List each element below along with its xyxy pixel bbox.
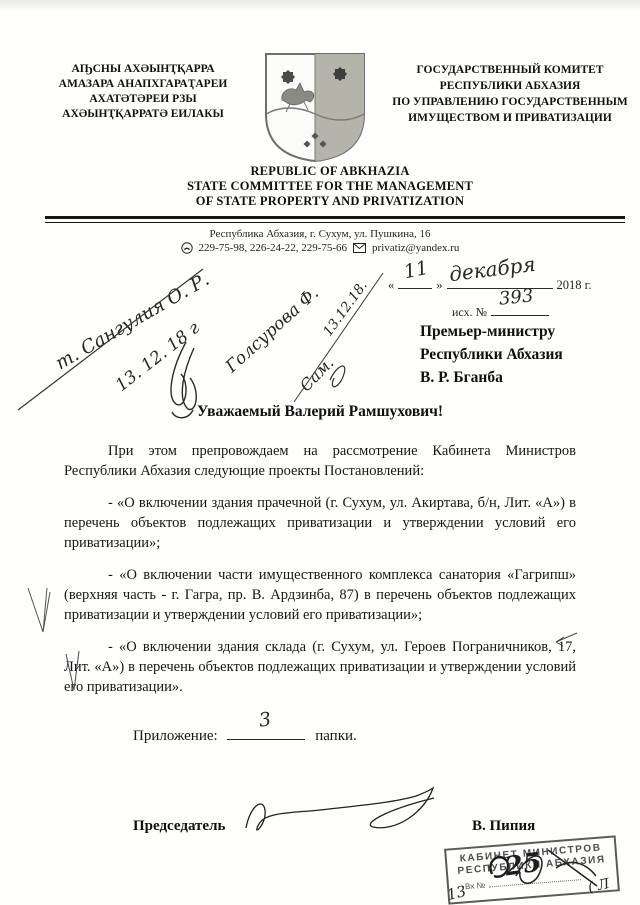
body-item-3: - «О включении здания склада (г. Сухум, … xyxy=(64,637,576,697)
stamp-entry-number-handwritten: 25 xyxy=(503,848,543,883)
emblem-star-left xyxy=(281,70,295,84)
letterhead-russian-line: ИМУЩЕСТВОМ И ПРИВАТИЗАЦИИ xyxy=(382,110,638,126)
signer-role: Председатель xyxy=(133,818,225,835)
recipient-region: Республики Абхазия xyxy=(420,343,563,366)
letterhead-divider-rule xyxy=(45,216,625,223)
letterhead-abkhaz-line: АХАТӘТӘРЕИ РЗЫ xyxy=(28,92,258,107)
letterhead-address: Республика Абхазия, г. Сухум, ул. Пушкин… xyxy=(100,228,540,240)
stamp-entry-label: Вх № xyxy=(465,881,486,892)
scanned-letter-page: АҦСНЫ АХӘЫНҬҚАРРА АМАЗАРА АНАПХГАРАҬАРЕИ… xyxy=(0,0,640,905)
chairman-signature xyxy=(246,788,434,830)
outgoing-number-line: исх. № 393 xyxy=(452,303,549,320)
handwritten-note2-date: 13.12.18. xyxy=(320,278,371,340)
handwritten-note2-name: Голсурова Ф. xyxy=(222,283,323,377)
attachment-line: Приложение: 3 папки. xyxy=(133,727,357,745)
letterhead-contacts: 229-75-98, 226-24-22, 229-75-66 privatiz… xyxy=(100,242,540,254)
letterhead-russian-line: РЕСПУБЛИКИ АБХАЗИЯ xyxy=(382,78,638,94)
letterhead-russian: ГОСУДАРСТВЕННЫЙ КОМИТЕТ РЕСПУБЛИКИ АБХАЗ… xyxy=(382,62,638,126)
attachment-suffix: папки. xyxy=(315,728,357,744)
body-item-2: - «О включении части имущественного комп… xyxy=(64,565,576,625)
salutation: Уважаемый Валерий Рамшухович! xyxy=(64,403,576,421)
date-month-underline: декабря xyxy=(447,276,553,289)
attachment-count-underline: 3 xyxy=(227,727,305,740)
stamp-date-fragment-right: ( Л xyxy=(587,876,611,896)
recipient-title: Премьер-министру xyxy=(420,320,563,343)
letterhead-russian-line: ПО УПРАВЛЕНИЮ ГОСУДАРСТВЕННЫМ xyxy=(382,94,638,110)
letterhead-abkhaz-line: АХӘЫНҬҚАРРАТӘ ЕИЛАКЫ xyxy=(28,107,258,122)
abkhazia-coat-of-arms-icon xyxy=(260,50,370,164)
body-item-1: - «О включении здания прачечной (г. Суху… xyxy=(64,493,576,553)
letterhead-abkhaz-line: АМАЗАРА АНАПХГАРАҬАРЕИ xyxy=(28,77,258,92)
emblem-star-right xyxy=(333,67,347,81)
outgoing-label: исх. № xyxy=(452,305,487,320)
envelope-icon xyxy=(353,243,366,253)
outgoing-number-underline: 393 xyxy=(491,303,549,316)
phone-numbers: 229-75-98, 226-24-22, 229-75-66 xyxy=(199,242,347,254)
handwritten-note2-word: Сам. xyxy=(296,353,338,395)
letterhead-english-line: OF STATE PROPERTY AND PRIVATIZATION xyxy=(100,194,560,209)
letterhead-abkhaz: АҦСНЫ АХӘЫНҬҚАРРА АМАЗАРА АНАПХГАРАҬАРЕИ… xyxy=(28,62,258,122)
letterhead-english: REPUBLIC OF ABKHAZIA STATE COMMITTEE FOR… xyxy=(100,164,560,209)
letterhead-english-line: REPUBLIC OF ABKHAZIA xyxy=(100,164,560,179)
date-line: « 11 » декабря 2018 г. xyxy=(388,276,591,293)
scan-noise-strip xyxy=(0,0,640,12)
phone-icon xyxy=(181,242,193,254)
recipient-block: Премьер-министру Республики Абхазия В. Р… xyxy=(420,320,563,389)
body-intro-paragraph: При этом препровождаем на рассмотрение К… xyxy=(64,441,576,481)
letterhead-abkhaz-line: АҦСНЫ АХӘЫНҬҚАРРА xyxy=(28,62,258,77)
signer-name: В. Пипия xyxy=(472,818,535,835)
date-day-underline: 11 xyxy=(398,276,432,289)
date-quote-open: « xyxy=(388,278,394,293)
date-month-handwritten: декабря xyxy=(447,252,536,286)
attachment-count-handwritten: 3 xyxy=(258,708,273,731)
outgoing-number-handwritten: 393 xyxy=(498,285,534,309)
email-address: privatiz@yandex.ru xyxy=(372,242,459,254)
date-day-handwritten: 11 xyxy=(402,257,430,284)
letterhead-russian-line: ГОСУДАРСТВЕННЫЙ КОМИТЕТ xyxy=(382,62,638,78)
attachment-label: Приложение: xyxy=(133,728,218,744)
letter-body: При этом препровождаем на рассмотрение К… xyxy=(64,441,576,709)
recipient-name: В. Р. Бганба xyxy=(420,366,563,389)
letterhead-english-line: STATE COMMITTEE FOR THE MANAGEMENT xyxy=(100,179,560,194)
margin-checkmark-1 xyxy=(28,588,50,632)
date-year: 2018 г. xyxy=(557,278,592,293)
date-quote-close: » xyxy=(436,278,442,293)
